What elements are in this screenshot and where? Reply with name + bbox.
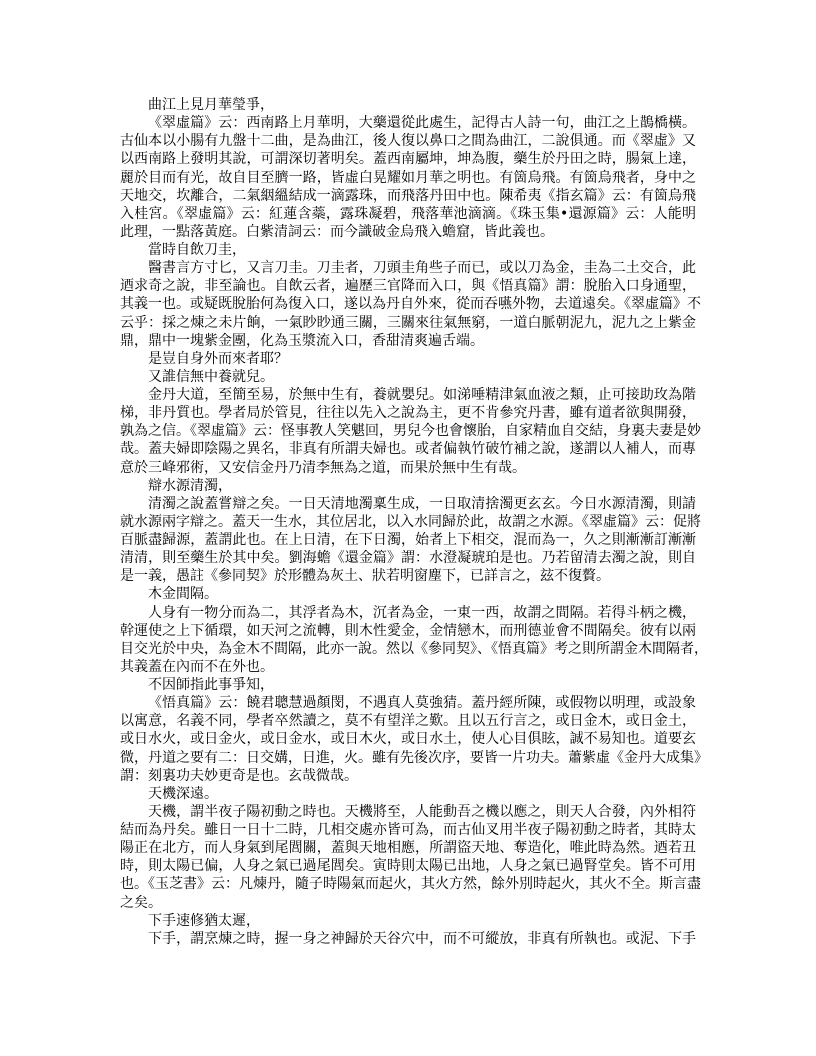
commentary-line: 結而為丹矣。雖日一日十二時，几相交處亦皆可為，而古仙叉用半夜子陽初動之時者，其時… [120, 821, 696, 839]
commentary-line: 云乎：採之煉之未片餉，一氣眇眇通三關，三關來往氣無窮，一道白脈朝泥九，泥九之上紫… [120, 314, 696, 332]
commentary-line: 以西南路上發明其說，可謂深切著明矣。蓋西南屬坤，坤為腹，藥生於丹田之時，腸氣上達… [120, 150, 696, 168]
commentary-line: 此理，一點落黃庭。白紫清詞云：而今識破金烏飛入蟾窟，皆此義也。 [120, 223, 696, 241]
commentary-line: 天機，謂半夜子陽初動之時也。天機將至，人能動吾之機以應之，則天人合發，內外相符 [120, 803, 696, 821]
commentary-line: 下手，謂烹煉之時，握一身之神歸於天谷穴中，而不可縱放，非真有所執也。或泥、下手 [120, 930, 696, 948]
commentary-line: 幹運使之上下循環，如天河之流轉，則木性愛金，金情戀木，而刑德並會不間隔矣。彼有以… [120, 622, 696, 640]
commentary-line: 是一義，愚註《參同契》於形體為灰土、狀若明窗塵下，已詳言之，玆不復贅。 [120, 567, 696, 585]
commentary-line: 百脈盡歸源，蓋謂此也。在上日清，在下日濁，始者上下相交，混而為一，久之則漸漸訂漸… [120, 531, 696, 549]
commentary-line: 麗於目而有光，故自目至臍一路，皆虛白晃耀如月華之明也。有箇烏飛。有箇烏飛者，身中… [120, 169, 696, 187]
commentary-line: 迺求奇之說，非至論也。自飲云者，遍歷三官降而入口，與《悟真篇》謂：脫胎入口身通聖… [120, 277, 696, 295]
commentary-line: 清濁之說蓋嘗辯之矣。一日天清地濁稟生成，一日取清捨濁更玄玄。今日水源清濁，則請 [120, 495, 696, 513]
commentary-paragraph: 清濁之說蓋嘗辯之矣。一日天清地濁稟生成，一日取清捨濁更玄玄。今日水源清濁，則請 … [120, 495, 696, 586]
commentary-paragraph: 《悟真篇》云：饒君聰慧過顏閔，不遇真人莫強猜。蓋丹經所陳，或假物以明理，或設象 … [120, 694, 696, 785]
commentary-line: 謂：刻裏功夫妙更奇是也。玄哉微哉。 [120, 767, 696, 785]
commentary-line: 或日水火，或日金火，或日金水，或日木火，或日水土，使人心目俱眩，誠不易知也。道要… [120, 730, 696, 748]
commentary-paragraph: 醫書言方寸匕，又言刀圭。刀圭者，刀頭圭角些子而已，或以刀為金，圭為二土交合，此 … [120, 259, 696, 350]
commentary-paragraph: 金丹大道，至簡至易，於無中生有，養就嬰兒。如涕唾精津氣血液之類，止可接助玫為階 … [120, 386, 696, 477]
commentary-line: 目交光於中央，為金木不間隔，此亦一說。然以《參同契》、《悟真篇》考之則所謂金木間… [120, 640, 696, 658]
verse-line: 下手速修猶太遲， [120, 912, 696, 930]
commentary-line: 天地交，坎離合，二氣絪縕結成一滴露珠，而飛落丹田中也。陳希夷《指玄篇》云：有箇烏… [120, 187, 696, 205]
commentary-line: 梯，非丹質也。學者局於管見，往往以先入之說為主，更不肯參究丹書，雖有道者欲與開發… [120, 404, 696, 422]
verse-line: 不因師指此事爭知， [120, 676, 696, 694]
verse-line: 木金間隔。 [120, 585, 696, 603]
verse-line: 辯水源清濁， [120, 477, 696, 495]
verse-paragraph: 天機深遠。 [120, 785, 696, 803]
commentary-line: 其義蓋在內而不在外也。 [120, 658, 696, 676]
commentary-line: 清清，則至藥生於其中矣。劉海蟾《還金篇》謂：水澄凝琥珀是也。乃若留清去濁之說，則… [120, 549, 696, 567]
commentary-line: 意於三峰邪術，又安信金丹乃清李無為之道，而果於無中生有哉。 [120, 459, 696, 477]
commentary-paragraph: 天機，謂半夜子陽初動之時也。天機將至，人能動吾之機以應之，則天人合發，內外相符 … [120, 803, 696, 912]
verse-paragraph: 是豈自身外而來者耶？ [120, 350, 696, 368]
commentary-line: 入桂宮。《翠虛篇》云：紅蓮含蘂，露珠凝碧，飛落華池滴滴。《珠玉集•還源篇》云：人… [120, 205, 696, 223]
commentary-line: 微，丹道之要有二：日交媾，日進，火。雖有先後次序，要皆一片功夫。蕭紫虛《金丹大成… [120, 749, 696, 767]
commentary-line: 鼎，鼎中一塊紫金團，化為玉漿流入口，香甜清爽遍舌端。 [120, 332, 696, 350]
commentary-line: 醫書言方寸匕，又言刀圭。刀圭者，刀頭圭角些子而已，或以刀為金，圭為二土交合，此 [120, 259, 696, 277]
verse-line: 曲江上見月華瑩爭， [120, 96, 696, 114]
commentary-line: 以寓意，名義不同，學者卒然讀之，莫不有望洋之歎。且以五行言之，或日金木，或日金土… [120, 712, 696, 730]
commentary-paragraph: 下手，謂烹煉之時，握一身之神歸於天谷穴中，而不可縱放，非真有所執也。或泥、下手 [120, 930, 696, 948]
verse-paragraph: 下手速修猶太遲， [120, 912, 696, 930]
commentary-line: 《翠虛篇》云：西南路上月華明，大藥還從此處生，記得古人詩一句，曲江之上鵲橋橫。 [120, 114, 696, 132]
commentary-paragraph: 人身有一物分而為二，其浮者為木，沉者為金，一東一西，故謂之間隔。若得斗柄之機， … [120, 604, 696, 677]
commentary-line: 其義一也。或疑既脫胎何為復入口，遂以為丹自外來，從而吞嚥外物，去道遠矣。《翠虛篇… [120, 295, 696, 313]
document-page: 曲江上見月華瑩爭， 《翠虛篇》云：西南路上月華明，大藥還從此處生，記得古人詩一句… [120, 96, 696, 948]
verse-line: 當時自飲刀圭， [120, 241, 696, 259]
verse-paragraph: 曲江上見月華瑩爭， [120, 96, 696, 114]
commentary-line: 金丹大道，至簡至易，於無中生有，養就嬰兒。如涕唾精津氣血液之類，止可接助玫為階 [120, 386, 696, 404]
commentary-paragraph: 《翠虛篇》云：西南路上月華明，大藥還從此處生，記得古人詩一句，曲江之上鵲橋橫。 … [120, 114, 696, 241]
commentary-line: 時，則太陽已偏，人身之氣已過尾閭矣。寅時則太陽已出地，人身之氣已過腎堂矣。皆不可… [120, 857, 696, 875]
commentary-line: 古仙本以小腸有九盤十二曲，是為曲江，後人復以鼻口之間為曲江，二說俱通。而《翠虛》… [120, 132, 696, 150]
commentary-line: 哉。蓋夫婦即陰陽之異名，非真有所謂夫婦也。或者偏執竹破竹補之說，遂謂以人補人，而… [120, 440, 696, 458]
commentary-line: 《悟真篇》云：饒君聰慧過顏閔，不遇真人莫強猜。蓋丹經所陳，或假物以明理，或設象 [120, 694, 696, 712]
verse-paragraph: 木金間隔。 [120, 585, 696, 603]
verse-paragraph: 不因師指此事爭知， [120, 676, 696, 694]
commentary-line: 之矣。 [120, 894, 696, 912]
verse-line: 又誰信無中養就兒。 [120, 368, 696, 386]
commentary-line: 人身有一物分而為二，其浮者為木，沉者為金，一東一西，故謂之間隔。若得斗柄之機， [120, 604, 696, 622]
verse-paragraph: 辯水源清濁， [120, 477, 696, 495]
verse-line: 是豈自身外而來者耶？ [120, 350, 696, 368]
commentary-line: 孰為之信。《翠虛篇》云：怪事教人笑魌回，男兒今也會懷胎，自家精血自交結，身裏夫妻… [120, 422, 696, 440]
commentary-line: 陽正在北方，而人身氣到尾閭關，蓋與天地相應，所謂盜天地、奪造化，唯此時為然。迺若… [120, 839, 696, 857]
verse-paragraph: 又誰信無中養就兒。 [120, 368, 696, 386]
verse-line: 天機深遠。 [120, 785, 696, 803]
verse-paragraph: 當時自飲刀圭， [120, 241, 696, 259]
commentary-line: 也。《玉芝書》云：凡煉丹，隨子時陽氣而起火，其火方然，餘外別時起火，其火不全。斯… [120, 875, 696, 893]
commentary-line: 就水源兩字辯之。蓋天一生水，其位居北，以入水同歸於此，故謂之水源。《翠虛篇》云：… [120, 513, 696, 531]
